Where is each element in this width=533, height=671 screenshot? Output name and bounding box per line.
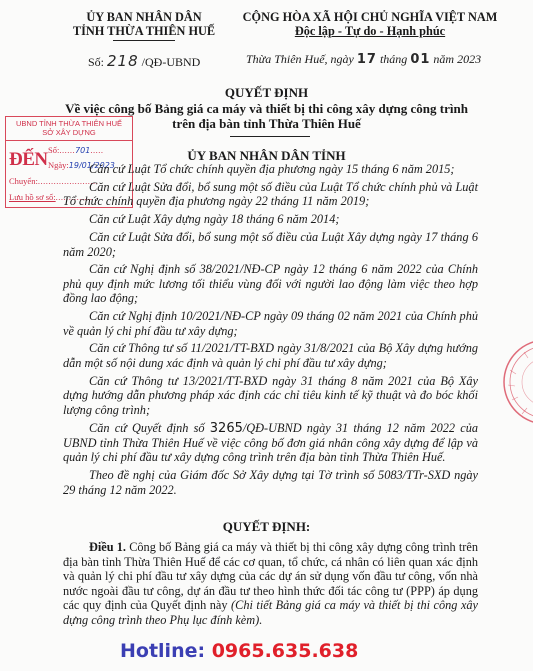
article-1: Điều 1. Công bố Bảng giá ca máy và thiết… bbox=[63, 540, 478, 628]
preamble: Căn cứ Luật Tổ chức chính quyền địa phươ… bbox=[63, 162, 478, 501]
so-label: Số: bbox=[88, 55, 104, 69]
date-day: 17 bbox=[357, 52, 377, 67]
stamp-divider bbox=[6, 140, 132, 141]
so-suffix: /QĐ-UBND bbox=[142, 55, 201, 69]
stamp-org-line-2: SỞ XÂY DỰNG bbox=[6, 128, 132, 137]
preamble-item: Căn cứ Nghị định 10/2021/NĐ-CP ngày 09 t… bbox=[63, 309, 478, 338]
stamp-chuyen-label: Chuyển: bbox=[9, 176, 38, 186]
official-seal-icon bbox=[498, 330, 533, 430]
decision-heading: QUYẾT ĐỊNH: bbox=[0, 519, 533, 535]
national-header: CỘNG HÒA XÃ HỘI CHỦ NGHĨA VIỆT NAM Độc l… bbox=[220, 10, 520, 38]
document-title: QUYẾT ĐỊNH bbox=[0, 85, 533, 101]
national-motto: Độc lập - Tự do - Hạnh phúc bbox=[295, 24, 445, 38]
preamble-item: Căn cứ Luật Tổ chức chính quyền địa phươ… bbox=[63, 162, 478, 176]
hotline-banner: Hotline: 0965.635.638 bbox=[120, 640, 358, 662]
preamble-item: Căn cứ Luật Sửa đổi, bổ sung một số điều… bbox=[63, 180, 478, 209]
document-date: Thừa Thiên Huế, ngày 17 tháng 01 năm 202… bbox=[246, 52, 481, 67]
hotline-label: Hotline: bbox=[120, 640, 205, 662]
date-month-label: tháng bbox=[380, 52, 407, 66]
subtitle-line-1: Về việc công bố Bảng giá ca máy và thiết… bbox=[60, 101, 473, 116]
preamble-item: Căn cứ Luật Xây dựng ngày 18 tháng 6 năm… bbox=[63, 212, 478, 226]
org-line-2: TỈNH THỪA THIÊN HUẾ bbox=[58, 24, 230, 38]
preamble-item: Căn cứ Nghị định số 38/2021/NĐ-CP ngày 1… bbox=[63, 262, 478, 305]
stamp-so-value: 701 bbox=[75, 146, 90, 155]
hotline-number[interactable]: 0965.635.638 bbox=[212, 640, 359, 662]
date-prefix: Thừa Thiên Huế, ngày bbox=[246, 52, 354, 66]
stamp-org-line-1: UBND TỈNH THỪA THIÊN HUẾ bbox=[6, 119, 132, 128]
title-underline bbox=[230, 136, 310, 137]
handwritten-decision-number: 3265 bbox=[210, 421, 243, 436]
nation-name: CỘNG HÒA XÃ HỘI CHỦ NGHĨA VIỆT NAM bbox=[220, 10, 520, 24]
stamp-org: UBND TỈNH THỪA THIÊN HUẾ SỞ XÂY DỰNG bbox=[6, 119, 132, 137]
article-1-label: Điều 1. bbox=[89, 540, 126, 554]
org-line-1: ỦY BAN NHÂN DÂN bbox=[58, 10, 230, 24]
preamble-item: Căn cứ Thông tư số 11/2021/TT-BXD ngày 3… bbox=[63, 341, 478, 370]
preamble-item-decision: Căn cứ Quyết định số 3265/QĐ-UBND ngày 3… bbox=[63, 421, 478, 465]
date-year: năm 2023 bbox=[433, 52, 481, 66]
org-underline bbox=[113, 40, 175, 41]
issuing-authority: ỦY BAN NHÂN DÂN TỈNH THỪA THIÊN HUẾ bbox=[58, 10, 230, 41]
proposal: Theo đề nghị của Giám đốc Sở Xây dựng tạ… bbox=[63, 468, 478, 497]
stamp-so-row: Số:......701..... bbox=[48, 145, 104, 155]
stamp-so-label: Số: bbox=[48, 145, 59, 155]
preamble-item: Căn cứ Thông tư 13/2021/TT-BXD ngày 31 t… bbox=[63, 374, 478, 417]
preamble-item: Căn cứ Luật Sửa đổi, bổ sung một số điều… bbox=[63, 230, 478, 259]
handwritten-number: 218 bbox=[107, 52, 139, 70]
preamble-qd-prefix: Căn cứ Quyết định số bbox=[89, 421, 210, 435]
document-number: Số: 218 /QĐ-UBND bbox=[88, 52, 200, 70]
date-month: 01 bbox=[410, 52, 430, 67]
stamp-luu-label: Lưu hồ sơ số: bbox=[9, 192, 56, 202]
stamp-den: ĐẾN bbox=[9, 149, 48, 171]
